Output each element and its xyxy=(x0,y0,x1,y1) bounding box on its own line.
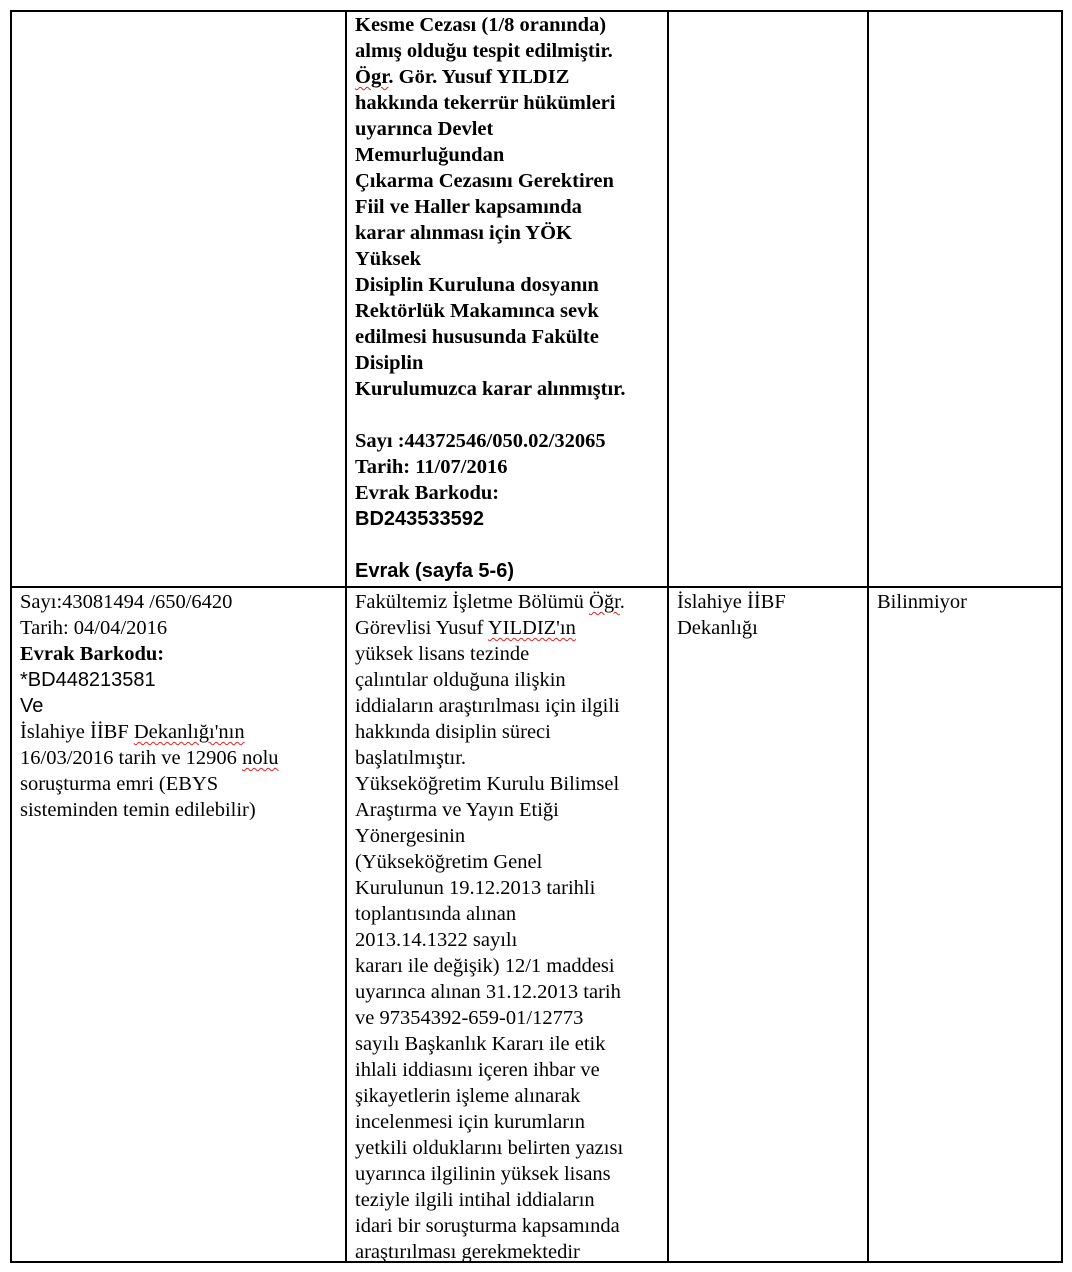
spellcheck-word[interactable]: Dekanlığı'nın xyxy=(134,721,245,743)
cell-authority: İslahiye İİBF Dekanlığı xyxy=(667,588,867,1261)
barcode-label: Evrak Barkodu: xyxy=(355,480,659,506)
text-line: Disiplin Kuruluna dosyanın xyxy=(355,272,659,298)
document-number: Sayı :44372546/050.02/32065 xyxy=(355,428,659,454)
conjunction-text: Ve xyxy=(20,693,337,719)
text-line: başlatılmıştır. xyxy=(355,745,659,771)
text-line: teziyle ilgili intihal iddiaların xyxy=(355,1187,659,1213)
cell-status: Bilinmiyor xyxy=(867,588,1061,1261)
text-line: incelenmesi için kurumların xyxy=(355,1109,659,1135)
text-line: araştırılması gerekmektedir xyxy=(355,1239,659,1265)
text-line: uyarınca ilgilinin yüksek lisans xyxy=(355,1161,659,1187)
text-line: uyarınca alınan 31.12.2013 tarih xyxy=(355,979,659,1005)
text-fragment: Fakültemiz İşletme Bölümü xyxy=(355,591,589,613)
text-line: İslahiye İİBF Dekanlığı'nın xyxy=(20,719,337,745)
document-date: Tarih: 11/07/2016 xyxy=(355,454,659,480)
description-lines: Fakültemiz İşletme Bölümü Öğr. Görevlisi… xyxy=(355,588,659,1265)
barcode-value: *BD448213581 xyxy=(20,667,337,693)
text-line: çalıntılar olduğuna ilişkin xyxy=(355,667,659,693)
text-fragment: . Gör. Yusuf YILDIZ xyxy=(388,66,569,88)
cell-description: Fakültemiz İşletme Bölümü Öğr. Görevlisi… xyxy=(345,588,667,1261)
text-line: Disiplin xyxy=(355,350,659,376)
text-line: ve 97354392-659-01/12773 xyxy=(355,1005,659,1031)
authority-name: İslahiye İİBF xyxy=(677,589,859,615)
text-line: Fiil ve Haller kapsamında xyxy=(355,194,659,220)
text-line: Yüksek xyxy=(355,246,659,272)
text-line: Kesme Cezası (1/8 oranında) xyxy=(355,12,659,38)
text-line: hakkında disiplin süreci xyxy=(355,719,659,745)
text-line: Yönergesinin xyxy=(355,823,659,849)
cell-reference-empty xyxy=(12,12,345,586)
text-line: Memurluğundan xyxy=(355,142,659,168)
text-line: (Yükseköğretim Genel xyxy=(355,849,659,875)
text-line: ihlali iddiasını içeren ihbar ve xyxy=(355,1057,659,1083)
status-text: Bilinmiyor xyxy=(877,589,1053,615)
text-fragment: Görevlisi Yusuf xyxy=(355,617,488,639)
text-line: Fakültemiz İşletme Bölümü Öğr. xyxy=(355,589,659,615)
text-line: edilmesi hususunda Fakülte xyxy=(355,324,659,350)
text-line: kararı ile değişik) 12/1 maddesi xyxy=(355,953,659,979)
spellcheck-word[interactable]: Öğr xyxy=(589,591,620,613)
text-line: toplantısında alınan xyxy=(355,901,659,927)
document-number: Sayı:43081494 /650/6420 xyxy=(20,589,337,615)
table-row: Sayı:43081494 /650/6420 Tarih: 04/04/201… xyxy=(12,588,1061,1261)
text-line: 2013.14.1322 sayılı xyxy=(355,927,659,953)
reference-lines: Sayı:43081494 /650/6420 Tarih: 04/04/201… xyxy=(20,588,337,823)
text-line: Yükseköğretim Kurulu Bilimsel xyxy=(355,771,659,797)
text-line: sayılı Başkanlık Kararı ile etik xyxy=(355,1031,659,1057)
decision-text-lines: Kesme Cezası (1/8 oranında) almış olduğu… xyxy=(355,12,659,584)
blank-line xyxy=(355,402,659,428)
cell-status-empty xyxy=(867,12,1061,586)
text-line: Rektörlük Makamınca sevk xyxy=(355,298,659,324)
text-line: idari bir soruşturma kapsamında xyxy=(355,1213,659,1239)
text-line: yüksek lisans tezinde xyxy=(355,641,659,667)
table-row: Kesme Cezası (1/8 oranında) almış olduğu… xyxy=(12,12,1061,588)
cell-authority-empty xyxy=(667,12,867,586)
document-date: Tarih: 04/04/2016 xyxy=(20,615,337,641)
spellcheck-word[interactable]: YILDIZ'ın xyxy=(488,617,576,639)
text-line: iddiaların araştırılması için ilgili xyxy=(355,693,659,719)
text-line: Ögr. Gör. Yusuf YILDIZ xyxy=(355,64,659,90)
text-line: almış olduğu tespit edilmiştir. xyxy=(355,38,659,64)
text-line: Çıkarma Cezasını Gerektiren xyxy=(355,168,659,194)
text-line: hakkında tekerrür hükümleri xyxy=(355,90,659,116)
text-line: 16/03/2016 tarih ve 12906 nolu xyxy=(20,745,337,771)
document-table: Kesme Cezası (1/8 oranında) almış olduğu… xyxy=(10,10,1063,1263)
text-line: şikayetlerin işleme alınarak xyxy=(355,1083,659,1109)
text-line: karar alınması için YÖK xyxy=(355,220,659,246)
text-line: Kurulumuzca karar alınmıştır. xyxy=(355,376,659,402)
cell-reference: Sayı:43081494 /650/6420 Tarih: 04/04/201… xyxy=(12,588,345,1261)
spellcheck-word[interactable]: nolu xyxy=(242,747,278,769)
document-page-reference: Evrak (sayfa 5-6) xyxy=(355,558,659,584)
barcode-label: Evrak Barkodu: xyxy=(20,641,337,667)
blank-line xyxy=(355,532,659,558)
cell-decision-text: Kesme Cezası (1/8 oranında) almış olduğu… xyxy=(345,12,667,586)
spellcheck-word[interactable]: Ögr xyxy=(355,66,388,88)
authority-lines: İslahiye İİBF Dekanlığı xyxy=(677,588,859,641)
text-fragment: . xyxy=(620,591,625,613)
text-line: Görevlisi Yusuf YILDIZ'ın xyxy=(355,615,659,641)
text-fragment: İslahiye İİBF xyxy=(20,721,134,743)
text-fragment: 16/03/2016 tarih ve 12906 xyxy=(20,747,242,769)
status-lines: Bilinmiyor xyxy=(877,588,1053,615)
text-line: sisteminden temin edilebilir) xyxy=(20,797,337,823)
authority-name: Dekanlığı xyxy=(677,615,859,641)
text-line: Araştırma ve Yayın Etiği xyxy=(355,797,659,823)
text-line: soruşturma emri (EBYS xyxy=(20,771,337,797)
barcode-value: BD243533592 xyxy=(355,506,659,532)
text-line: Kurulunun 19.12.2013 tarihli xyxy=(355,875,659,901)
text-line: uyarınca Devlet xyxy=(355,116,659,142)
text-line: yetkili olduklarını belirten yazısı xyxy=(355,1135,659,1161)
